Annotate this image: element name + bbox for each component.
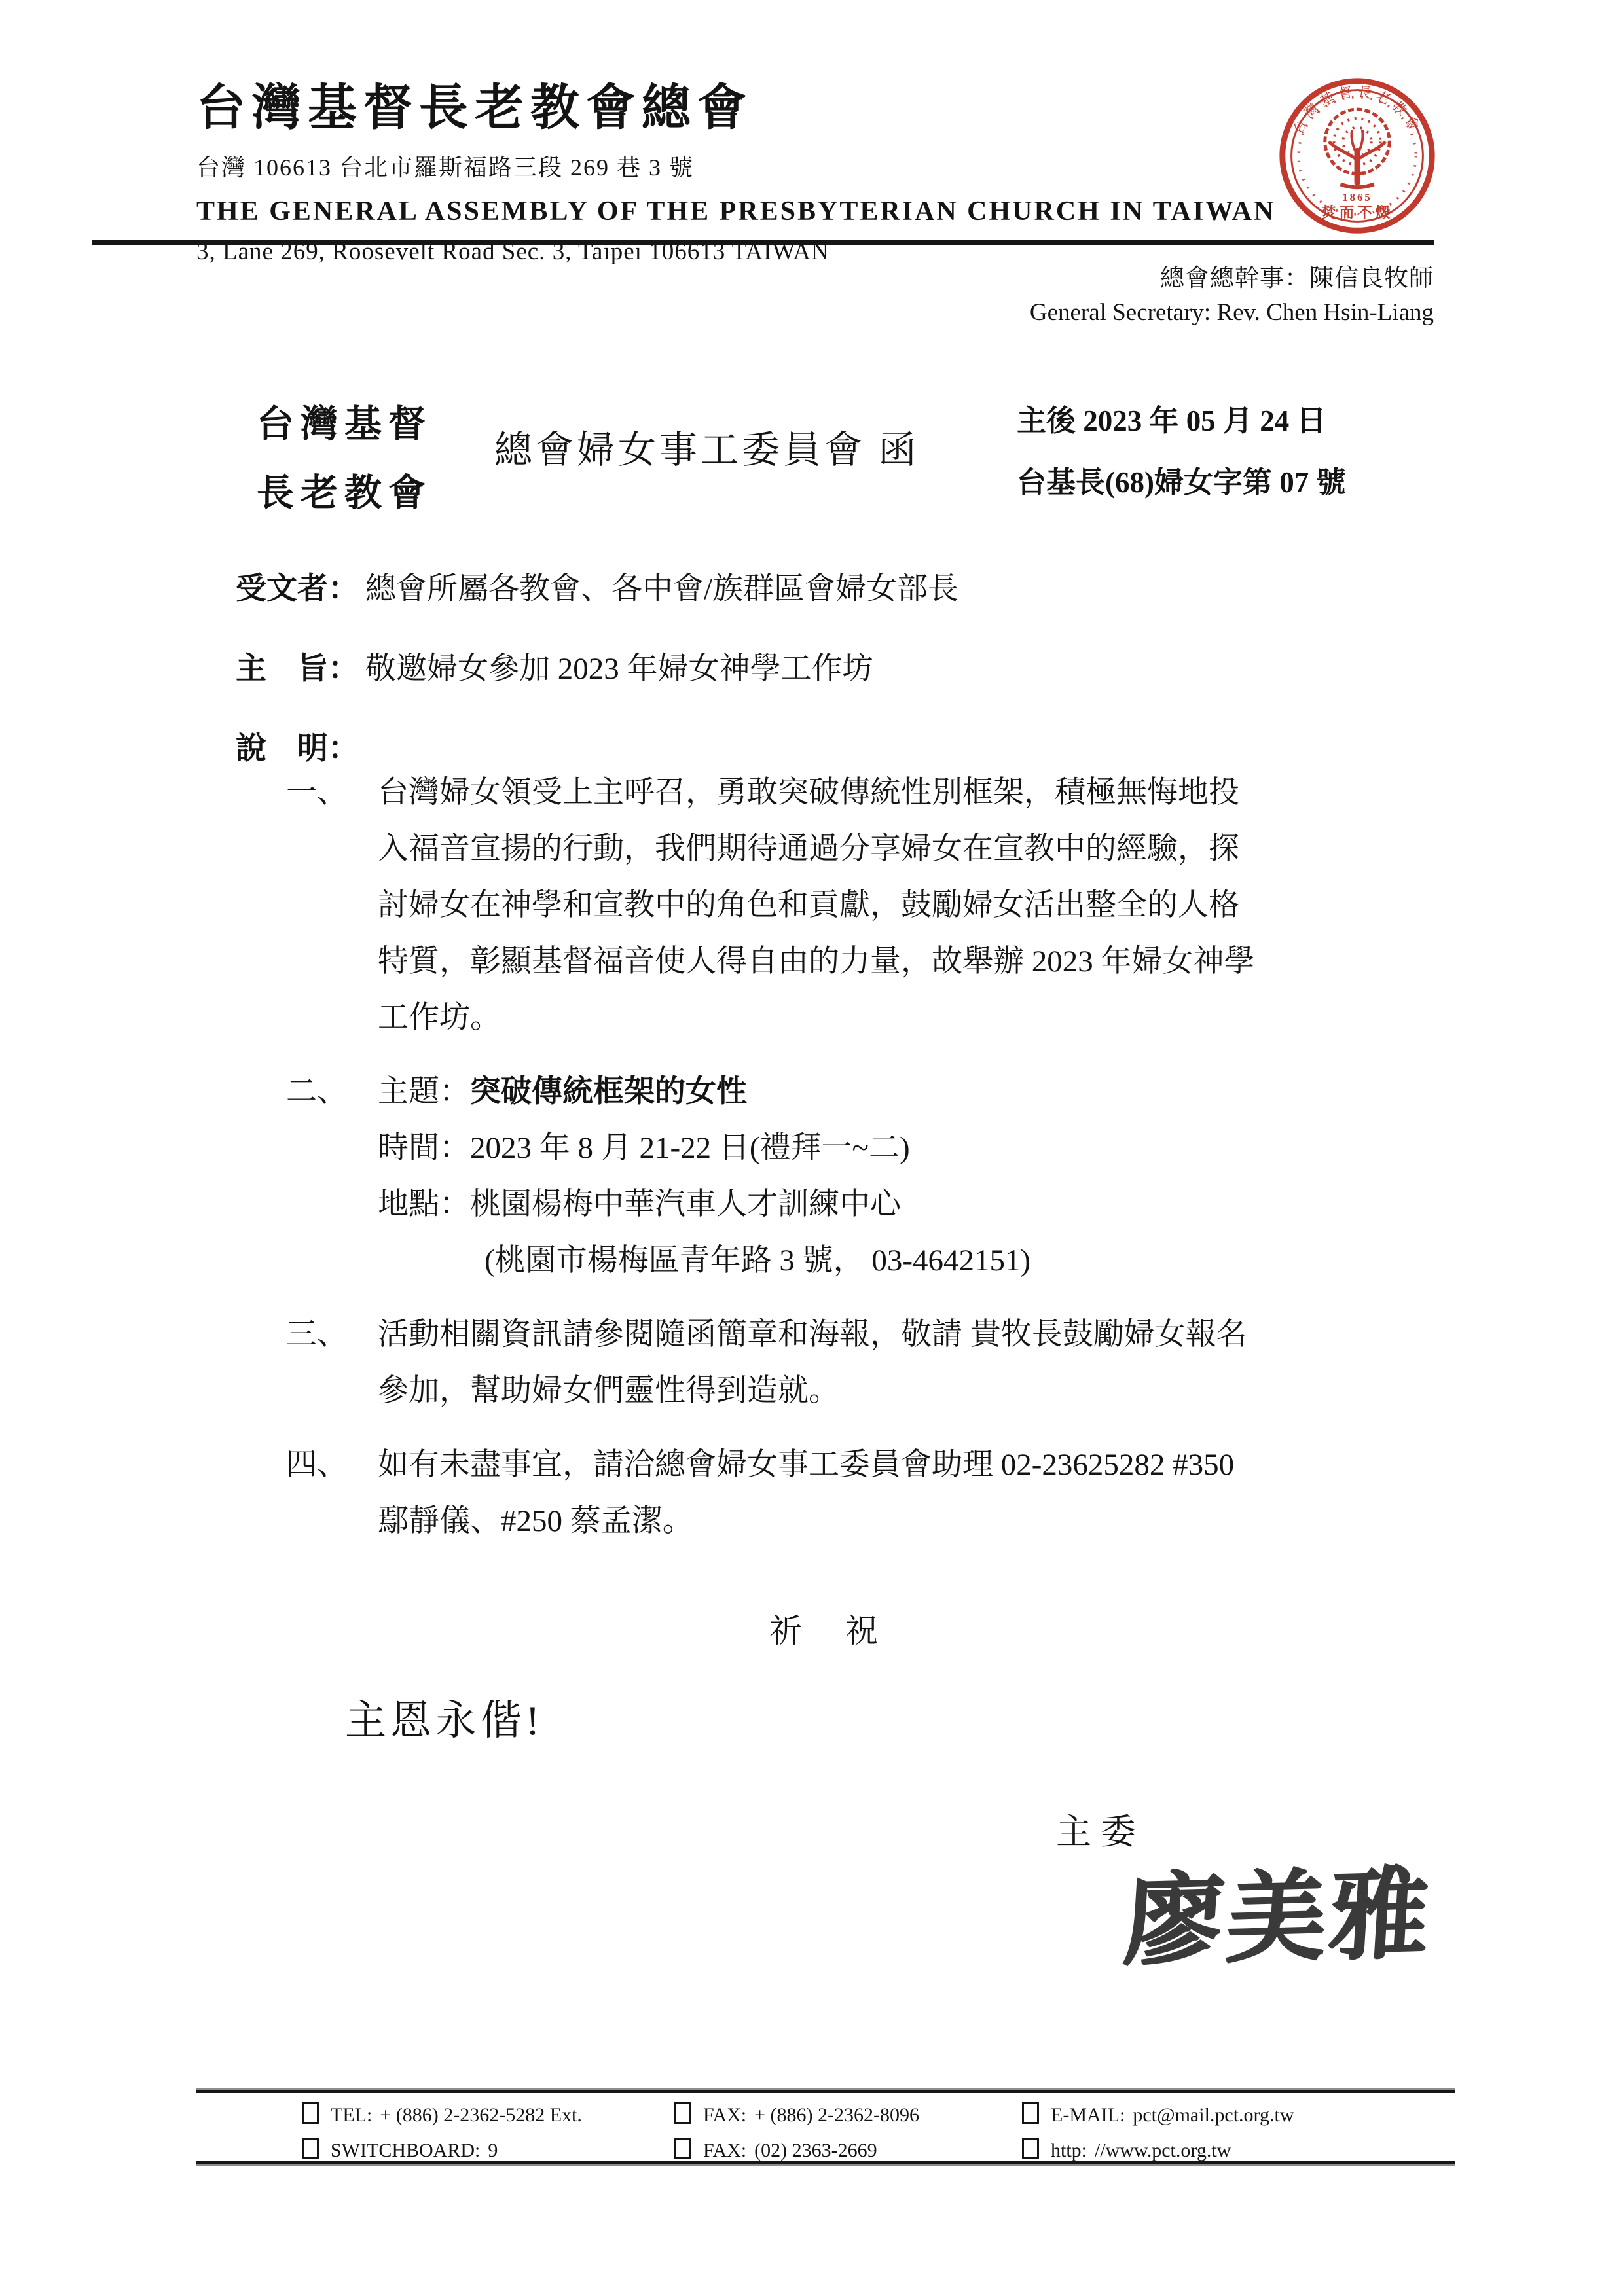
- signature-liao-mei-ya: 廖美雅: [1120, 1834, 1436, 1984]
- pct-seal-icon: 台灣基督長老教會 1865 焚而不燬: [1273, 72, 1441, 240]
- item-2-number: 二、: [286, 1064, 378, 1289]
- item-1-number: 一、: [286, 764, 378, 1046]
- item-line: 討婦女在神學和宣教中的角色和貢獻，鼓勵婦女活出整全的人格: [378, 877, 1399, 933]
- checkbox-icon: [674, 2138, 691, 2159]
- item-4: 四、 如有未盡事宜，請洽總會婦女事工委員會助理 02-23625282 #350…: [286, 1437, 1399, 1549]
- seal-motto: 焚而不燬: [1321, 204, 1393, 221]
- subject-row: 主 旨：敬邀婦女參加 2023 年婦女神學工作坊: [236, 644, 873, 688]
- item-1-text: 台灣婦女領受上主呼召，勇敢突破傳統性別框架，積極無悔地投 入福音宣揚的行動，我們…: [378, 764, 1399, 1046]
- item-line: 工作坊。: [378, 990, 1399, 1046]
- topic-value: 突破傳統框架的女性: [470, 1075, 747, 1109]
- footer-website: http://www.pct.org.tw: [1022, 2138, 1231, 2162]
- item-2: 二、 主題：突破傳統框架的女性 時間：2023 年 8 月 21-22 日(禮拜…: [286, 1064, 1399, 1289]
- item-line: 入福音宣揚的行動，我們期待通過分享婦女在宣教中的經驗，探: [378, 821, 1399, 877]
- committee-title: 總會婦女事工委員會 函: [494, 419, 920, 474]
- recipient-label: 受文者：: [236, 572, 359, 606]
- letter-page: 台灣基督長老教會總會 台灣 106613 台北市羅斯福路三段 269 巷 3 號…: [0, 0, 1623, 2296]
- recipient-value: 總會所屬各教會、各中會/族群區會婦女部長: [365, 572, 958, 606]
- issuing-org-line1: 台灣基督: [257, 390, 432, 459]
- recipient-row: 受文者：總會所屬各教會、各中會/族群區會婦女部長: [236, 564, 958, 608]
- footer-divider-bottom: [196, 2161, 1455, 2166]
- letter-ref-number: 台基長(68)婦女字第 07 號: [1017, 452, 1345, 513]
- footer-fax1: FAX:+ (886) 2-2362-8096: [674, 2102, 919, 2126]
- item-line: 活動相關資訊請參閱隨函簡章和海報，敬請 貴牧長鼓勵婦女報名: [378, 1306, 1399, 1363]
- org-address-zh: 台灣 106613 台北市羅斯福路三段 269 巷 3 號: [196, 149, 1309, 183]
- letter-date: 主後 2023 年 05 月 24 日: [1017, 390, 1345, 452]
- org-name-en: THE GENERAL ASSEMBLY OF THE PRESBYTERIAN…: [196, 196, 1309, 227]
- seal-year: 1865: [1342, 191, 1372, 204]
- item-4-number: 四、: [286, 1437, 378, 1549]
- explanation-items: 一、 台灣婦女領受上主呼召，勇敢突破傳統性別框架，積極無悔地投 入福音宣揚的行動…: [286, 764, 1399, 1567]
- item-1: 一、 台灣婦女領受上主呼召，勇敢突破傳統性別框架，積極無悔地投 入福音宣揚的行動…: [286, 764, 1399, 1046]
- item-4-text: 如有未盡事宜，請洽總會婦女事工委員會助理 02-23625282 #350 鄢靜…: [378, 1437, 1399, 1549]
- item-3-text: 活動相關資訊請參閱隨函簡章和海報，敬請 貴牧長鼓勵婦女報名 參加，幫助婦女們靈性…: [378, 1306, 1399, 1419]
- item-line: 特質，彰顯基督福音使人得自由的力量，故舉辦 2023 年婦女神學: [378, 933, 1399, 990]
- item-line: 時間：2023 年 8 月 21-22 日(禮拜一~二): [378, 1120, 1399, 1176]
- closing-wish: 主恩永偕!: [345, 1687, 543, 1747]
- item-line: (桃園市楊梅區青年路 3 號， 03-4642151): [378, 1232, 1399, 1289]
- checkbox-icon: [302, 2102, 319, 2124]
- footer-fax2: FAX:(02) 2363-2669: [674, 2138, 877, 2162]
- header-divider: [92, 240, 1434, 245]
- seal-tree-icon: [1325, 109, 1389, 187]
- item-line: 主題：突破傳統框架的女性: [378, 1064, 1399, 1120]
- checkbox-icon: [302, 2138, 319, 2159]
- date-ref-block: 主後 2023 年 05 月 24 日 台基長(68)婦女字第 07 號: [1017, 390, 1345, 513]
- footer-email: E-MAIL:pct@mail.pct.org.tw: [1022, 2102, 1294, 2126]
- item-line: 台灣婦女領受上主呼召，勇敢突破傳統性別框架，積極無悔地投: [378, 764, 1399, 821]
- general-secretary-en: General Secretary: Rev. Chen Hsin-Liang: [818, 296, 1434, 330]
- footer-switchboard: SWITCHBOARD:9: [302, 2138, 498, 2162]
- subject-label: 主 旨：: [236, 652, 359, 686]
- checkbox-icon: [1022, 2138, 1039, 2159]
- org-name-zh: 台灣基督長老教會總會: [196, 80, 1309, 135]
- general-secretary-block: 總會總幹事：陳信良牧師 General Secretary: Rev. Chen…: [818, 262, 1434, 330]
- item-line: 參加，幫助婦女們靈性得到造就。: [378, 1363, 1399, 1419]
- checkbox-icon: [1022, 2102, 1039, 2124]
- explanation-label: 說 明：: [236, 724, 365, 768]
- footer-tel: TEL:+ (886) 2-2362-5282 Ext.: [302, 2102, 582, 2126]
- topic-label: 主題：: [378, 1075, 470, 1109]
- item-line: 如有未盡事宜，請洽總會婦女事工委員會助理 02-23625282 #350: [378, 1437, 1399, 1493]
- item-line: 地點：桃園楊梅中華汽車人才訓練中心: [378, 1176, 1399, 1232]
- item-2-text: 主題：突破傳統框架的女性 時間：2023 年 8 月 21-22 日(禮拜一~二…: [378, 1064, 1399, 1289]
- issuing-org-line2: 長老教會: [257, 459, 432, 528]
- footer-divider-top: [196, 2088, 1455, 2093]
- checkbox-icon: [674, 2102, 691, 2124]
- issuing-org-block: 台灣基督 長老教會: [257, 390, 432, 528]
- subject-value: 敬邀婦女參加 2023 年婦女神學工作坊: [365, 652, 873, 686]
- item-line: 鄢靜儀、#250 蔡孟潔。: [378, 1493, 1399, 1549]
- closing-blessing: 祈 祝: [769, 1605, 883, 1652]
- general-secretary-zh: 總會總幹事：陳信良牧師: [818, 262, 1434, 296]
- item-3-number: 三、: [286, 1306, 378, 1419]
- letterhead-header: 台灣基督長老教會總會 台灣 106613 台北市羅斯福路三段 269 巷 3 號…: [196, 80, 1309, 266]
- item-3: 三、 活動相關資訊請參閱隨函簡章和海報，敬請 貴牧長鼓勵婦女報名 參加，幫助婦女…: [286, 1306, 1399, 1419]
